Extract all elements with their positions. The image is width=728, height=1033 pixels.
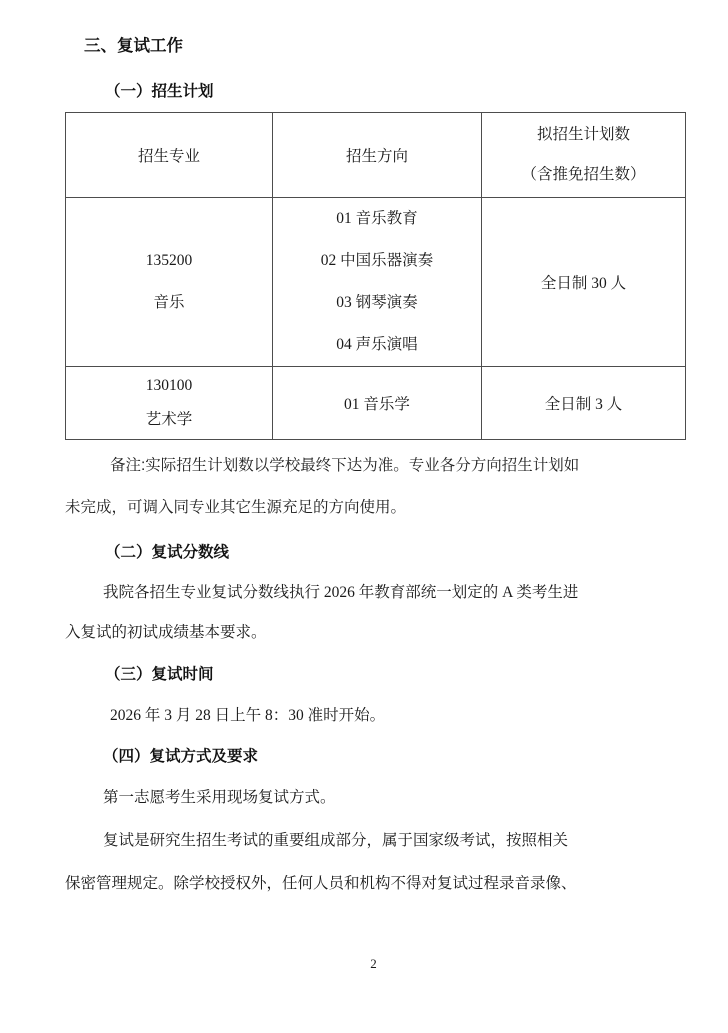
main-heading: 三、复试工作 xyxy=(84,36,183,56)
page-number: 2 xyxy=(65,956,682,972)
body-paragraph-line: 第一志愿考生采用现场复试方式。 xyxy=(103,788,336,808)
direction-cell: 01 音乐教育 02 中国乐器演奏 03 钢琴演奏 04 声乐演唱 xyxy=(273,198,482,367)
direction-item: 03 钢琴演奏 xyxy=(273,282,481,324)
major-cell: 130100 艺术学 xyxy=(66,367,273,440)
direction-item: 01 音乐学 xyxy=(273,392,481,414)
direction-item: 02 中国乐器演奏 xyxy=(273,240,481,282)
table-row: 135200 音乐 01 音乐教育 02 中国乐器演奏 03 钢琴演奏 04 声… xyxy=(66,198,686,367)
document-page: 三、复试工作 （一）招生计划 招生专业 招生方向 拟招生计划数 （含推免招生数）… xyxy=(0,0,728,1033)
major-code: 135200 xyxy=(66,240,272,282)
body-paragraph-line: 保密管理规定。除学校授权外，任何人员和机构不得对复试过程录音录像、 xyxy=(65,874,577,894)
major-name: 音乐 xyxy=(66,282,272,324)
note-paragraph-line: 未完成，可调入同专业其它生源充足的方向使用。 xyxy=(65,498,406,518)
major-name: 艺术学 xyxy=(66,403,272,437)
note-paragraph-line: 备注:实际招生计划数以学校最终下达为准。专业各分方向招生计划如 xyxy=(110,456,579,476)
section3-heading: （三）复试时间 xyxy=(105,665,214,685)
section1-heading: （一）招生计划 xyxy=(105,82,214,102)
table-header-row: 招生专业 招生方向 拟招生计划数 （含推免招生数） xyxy=(66,113,686,198)
header-cell-plan: 拟招生计划数 （含推免招生数） xyxy=(482,113,686,198)
body-paragraph-line: 2026 年 3 月 28 日上午 8：30 准时开始。 xyxy=(110,706,385,726)
plan-value: 全日制 30 人 xyxy=(482,271,685,293)
table-row: 130100 艺术学 01 音乐学 全日制 3 人 xyxy=(66,367,686,440)
body-paragraph-line: 我院各招生专业复试分数线执行 2026 年教育部统一划定的 A 类考生进 xyxy=(103,583,578,603)
major-code: 130100 xyxy=(66,369,272,403)
header-major-label: 招生专业 xyxy=(66,144,272,166)
header-plan-line1: 拟招生计划数 xyxy=(482,115,685,155)
body-paragraph-line: 入复试的初试成绩基本要求。 xyxy=(65,623,267,643)
direction-cell: 01 音乐学 xyxy=(273,367,482,440)
section4-heading: （四）复试方式及要求 xyxy=(103,747,258,767)
header-direction-label: 招生方向 xyxy=(273,144,481,166)
enrollment-plan-table: 招生专业 招生方向 拟招生计划数 （含推免招生数） 135200 音乐 01 音… xyxy=(65,112,686,440)
plan-cell: 全日制 3 人 xyxy=(482,367,686,440)
major-cell: 135200 音乐 xyxy=(66,198,273,367)
header-plan-line2: （含推免招生数） xyxy=(482,155,685,195)
header-cell-major: 招生专业 xyxy=(66,113,273,198)
plan-cell: 全日制 30 人 xyxy=(482,198,686,367)
direction-item: 04 声乐演唱 xyxy=(273,324,481,366)
header-cell-direction: 招生方向 xyxy=(273,113,482,198)
plan-value: 全日制 3 人 xyxy=(482,392,685,414)
section2-heading: （二）复试分数线 xyxy=(105,543,229,563)
body-paragraph-line: 复试是研究生招生考试的重要组成部分，属于国家级考试，按照相关 xyxy=(103,831,568,851)
direction-item: 01 音乐教育 xyxy=(273,198,481,240)
